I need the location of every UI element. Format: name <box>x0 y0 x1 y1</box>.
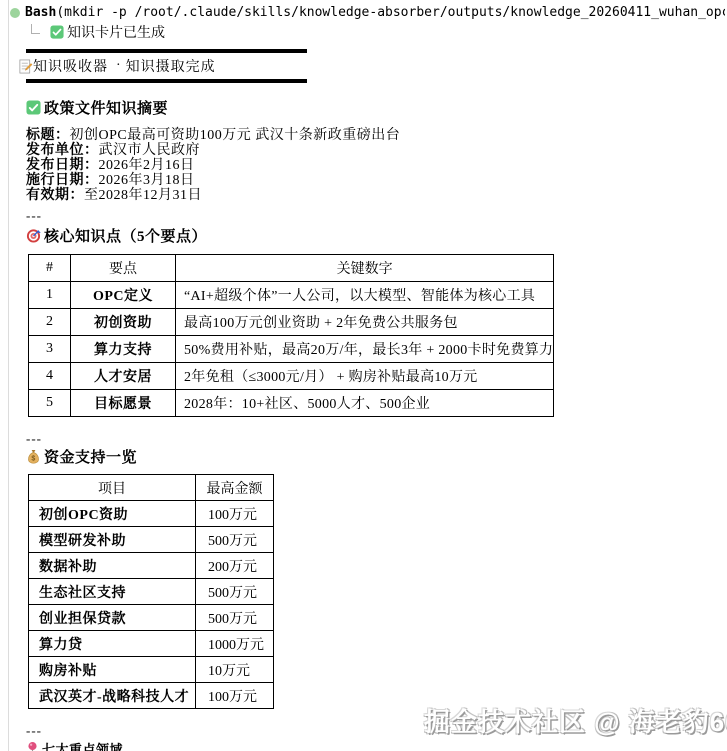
banner-separator: · <box>116 58 122 74</box>
table-cell: 100万元 <box>196 683 274 709</box>
meta-field: 施行日期：2026年3月18日 <box>26 173 727 188</box>
table-row: 初创OPC资助 100万元 <box>29 501 274 527</box>
table-cell: 50%费用补贴，最高20万/年，最长3年 + 2000卡时免费算力 <box>176 336 554 363</box>
table-header-cell: 关键数字 <box>176 255 554 282</box>
table-row: 模型研发补助 500万元 <box>29 527 274 553</box>
field-label: 有效期： <box>26 188 84 203</box>
table-cell: 500万元 <box>196 579 274 605</box>
table-cell: 500万元 <box>196 605 274 631</box>
field-label: 发布日期： <box>26 158 99 173</box>
check-icon <box>26 100 41 115</box>
policy-meta: 标题：初创OPC最高可资助100万元 武汉十条新政重磅出台 发布单位：武汉市人民… <box>26 128 727 203</box>
divider-rule-top <box>26 49 307 53</box>
table-row: 3 算力支持 50%费用补贴，最高20万/年，最长3年 + 2000卡时免费算力 <box>29 336 554 363</box>
tool-result-line: 知识卡片已生成 <box>31 22 727 42</box>
table-cell: 500万元 <box>196 527 274 553</box>
table-cell: 10万元 <box>196 657 274 683</box>
target-icon <box>26 228 41 243</box>
table-row: 生态社区支持 500万元 <box>29 579 274 605</box>
table-cell: 3 <box>29 336 71 363</box>
table-cell: 2028年：10+社区、5000人才、500企业 <box>176 390 554 417</box>
tool-label: Bash <box>25 5 56 20</box>
field-label: 标题： <box>26 128 70 143</box>
success-check-icon <box>50 25 64 39</box>
table-header-row: # 要点 关键数字 <box>29 255 554 282</box>
field-value: 武汉市人民政府 <box>99 143 201 158</box>
table-row: 购房补贴 10万元 <box>29 657 274 683</box>
table-cell: 算力贷 <box>29 631 196 657</box>
table-cell: OPC定义 <box>71 282 176 309</box>
summary-heading-text: 政策文件知识摘要 <box>44 97 168 118</box>
table-cell: 武汉英才-战略科技人才 <box>29 683 196 709</box>
table-row: 2 初创资助 最高100万元创业资助 + 2年免费公共服务包 <box>29 309 554 336</box>
table-header-cell: 项目 <box>29 475 196 501</box>
focus-areas-heading: 七大重点领域 <box>26 740 727 751</box>
table-row: 1 OPC定义 “AI+超级个体”一人公司，以大模型、智能体为核心工具 <box>29 282 554 309</box>
table-row: 数据补助 200万元 <box>29 553 274 579</box>
table-cell: 5 <box>29 390 71 417</box>
table-cell: 最高100万元创业资助 + 2年免费公共服务包 <box>176 309 554 336</box>
tree-branch-icon <box>31 24 40 34</box>
funding-table: 项目 最高金额 初创OPC资助 100万元 模型研发补助 500万元 数据补助 … <box>28 474 274 709</box>
table-cell: 1 <box>29 282 71 309</box>
table-header-row: 项目 最高金额 <box>29 475 274 501</box>
table-cell: 模型研发补助 <box>29 527 196 553</box>
field-label: 发布单位： <box>26 143 99 158</box>
meta-field: 标题：初创OPC最高可资助100万元 武汉十条新政重磅出台 <box>26 128 727 143</box>
markdown-divider: --- <box>26 208 727 223</box>
table-row: 5 目标愿景 2028年：10+社区、5000人才、500企业 <box>29 390 554 417</box>
watermark: 掘金技术社区 @ 海老豹666 <box>424 702 727 739</box>
key-points-heading: 核心知识点（5个要点） <box>26 225 727 245</box>
meta-field: 发布单位：武汉市人民政府 <box>26 143 727 158</box>
table-cell: 100万元 <box>196 501 274 527</box>
bash-command-line: Bash(mkdir -p /root/.claude/skills/knowl… <box>10 3 725 22</box>
table-row: 创业担保贷款 500万元 <box>29 605 274 631</box>
table-cell: 200万元 <box>196 553 274 579</box>
field-label: 施行日期： <box>26 173 99 188</box>
absorber-banner: 知识吸收器 · 知识摄取完成 <box>18 56 727 76</box>
svg-text:$: $ <box>31 455 35 462</box>
table-cell: 1000万元 <box>196 631 274 657</box>
divider-rule-bottom <box>26 79 307 83</box>
table-row: 武汉英才-战略科技人才 100万元 <box>29 683 274 709</box>
table-cell: 购房补贴 <box>29 657 196 683</box>
key-points-table: # 要点 关键数字 1 OPC定义 “AI+超级个体”一人公司，以大模型、智能体… <box>28 254 554 417</box>
funding-heading: $ 资金支持一览 <box>26 446 727 466</box>
table-cell: 算力支持 <box>71 336 176 363</box>
tool-result-text: 知识卡片已生成 <box>67 22 165 42</box>
banner-title: 知识吸收器 <box>33 56 108 76</box>
table-cell: 人才安居 <box>71 363 176 390</box>
key-points-heading-text: 核心知识点（5个要点） <box>44 225 207 246</box>
tool-status-dot-icon <box>10 8 20 18</box>
table-header-cell: 最高金额 <box>196 475 274 501</box>
table-row: 4 人才安居 2年免租（≤3000元/月） + 购房补贴最高10万元 <box>29 363 554 390</box>
table-cell: 初创资助 <box>71 309 176 336</box>
table-cell: 数据补助 <box>29 553 196 579</box>
markdown-divider: --- <box>26 431 727 446</box>
table-cell: 初创OPC资助 <box>29 501 196 527</box>
funding-heading-text: 资金支持一览 <box>44 446 137 467</box>
field-value: 至2028年12月31日 <box>84 188 202 203</box>
meta-field: 有效期：至2028年12月31日 <box>26 188 727 203</box>
table-header-cell: # <box>29 255 71 282</box>
table-cell: “AI+超级个体”一人公司，以大模型、智能体为核心工具 <box>176 282 554 309</box>
focus-areas-heading-text: 七大重点领域 <box>42 739 123 751</box>
table-row: 算力贷 1000万元 <box>29 631 274 657</box>
moneybag-icon: $ <box>26 449 41 464</box>
table-cell: 2 <box>29 309 71 336</box>
summary-heading: 政策文件知识摘要 <box>26 97 727 117</box>
field-value: 2026年2月16日 <box>99 158 195 173</box>
table-cell: 目标愿景 <box>71 390 176 417</box>
bash-command-text: (mkdir -p /root/.claude/skills/knowledge… <box>56 5 725 20</box>
meta-field: 发布日期：2026年2月16日 <box>26 158 727 173</box>
memo-icon <box>18 59 33 74</box>
table-header-cell: 要点 <box>71 255 176 282</box>
left-border-line <box>8 0 9 751</box>
table-cell: 生态社区支持 <box>29 579 196 605</box>
table-cell: 创业担保贷款 <box>29 605 196 631</box>
field-value: 初创OPC最高可资助100万元 武汉十条新政重磅出台 <box>70 128 401 143</box>
table-cell: 4 <box>29 363 71 390</box>
table-cell: 2年免租（≤3000元/月） + 购房补贴最高10万元 <box>176 363 554 390</box>
field-value: 2026年3月18日 <box>99 173 195 188</box>
terminal-output: Bash(mkdir -p /root/.claude/skills/knowl… <box>10 3 727 42</box>
banner-subtitle: 知识摄取完成 <box>126 56 216 76</box>
pushpin-icon <box>26 741 39 751</box>
